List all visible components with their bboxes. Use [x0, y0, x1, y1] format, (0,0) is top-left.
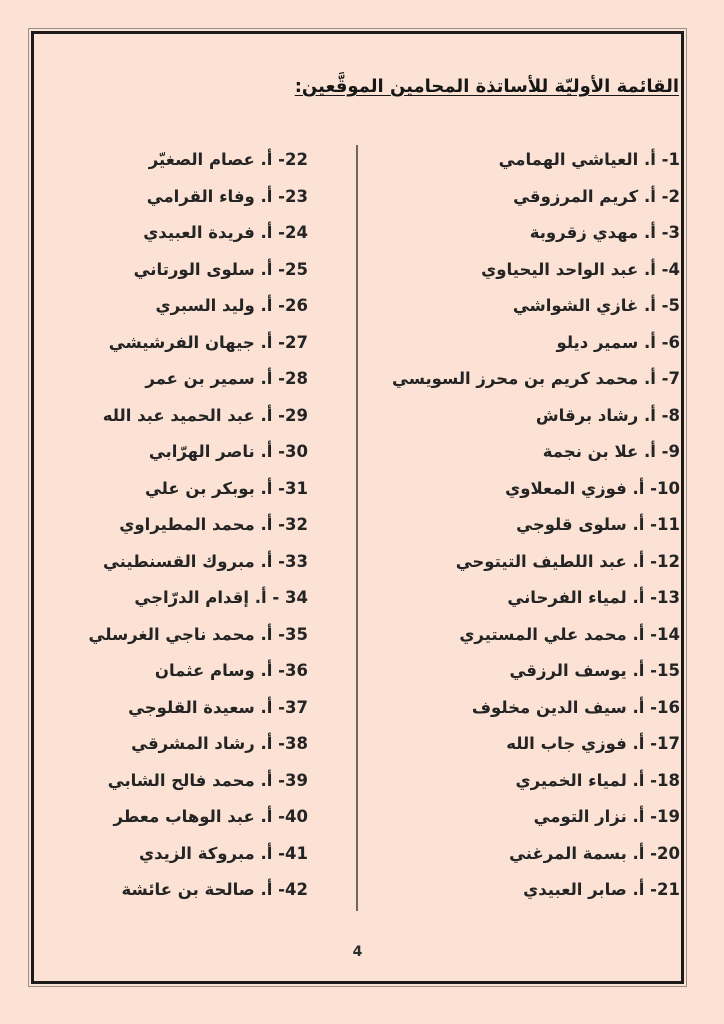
- page-border-frame: القائمة الأوليّة للأساتذة المحامين الموق…: [31, 31, 684, 984]
- lawyer-list-item: 19- أ. نزار التومي: [392, 799, 680, 836]
- lawyer-list-item: 33- أ. مبروك القسنطيني: [89, 544, 308, 581]
- lawyer-list-item: 40- أ. عبد الوهاب معطر: [89, 799, 308, 836]
- lawyer-list-item: 32- أ. محمد المطيراوي: [89, 507, 308, 544]
- lawyer-list-item: 42- أ. صالحة بن عائشة: [89, 872, 308, 909]
- lawyer-list-item: 29- أ. عبد الحميد عبد الله: [89, 398, 308, 435]
- lawyer-list-item: 15- أ. يوسف الرزقي: [392, 653, 680, 690]
- lawyer-list-item: 2- أ. كريم المرزوقي: [392, 179, 680, 216]
- lawyer-list-item: 10- أ. فوزي المعلاوي: [392, 471, 680, 508]
- lawyer-list-item: 21- أ. صابر العبيدي: [392, 872, 680, 909]
- lawyer-list-item: 25- أ. سلوى الورتاني: [89, 252, 308, 289]
- lawyer-list-item: 6- أ. سمير ديلو: [392, 325, 680, 362]
- lawyer-list-item: 4- أ. عبد الواحد اليحياوي: [392, 252, 680, 289]
- lawyer-list-item: 8- أ. رشاد برقاش: [392, 398, 680, 435]
- lawyer-list-item: 20- أ. بسمة المرغني: [392, 836, 680, 873]
- lawyer-list-item: 9- أ. علا بن نجمة: [392, 434, 680, 471]
- lawyer-list-item: 11- أ. سلوى قلوجي: [392, 507, 680, 544]
- lawyer-list-item: 36- أ. وسام عثمان: [89, 653, 308, 690]
- names-list-right: 1- أ. العياشي الهمامي 2- أ. كريم المرزوق…: [392, 142, 680, 909]
- page-number: 4: [34, 944, 681, 960]
- lawyer-list-item: 38- أ. رشاد المشرقي: [89, 726, 308, 763]
- lawyer-list-item: 37- أ. سعيدة القلوجي: [89, 690, 308, 727]
- lawyer-list-item: 24- أ. فريدة العبيدي: [89, 215, 308, 252]
- lawyer-list-item: 14- أ. محمد علي المستيري: [392, 617, 680, 654]
- lawyer-list-item: 17- أ. فوزي جاب الله: [392, 726, 680, 763]
- lawyer-list-item: 3- أ. مهدي زقروبة: [392, 215, 680, 252]
- lawyer-list-item: 41- أ. مبروكة الزيدي: [89, 836, 308, 873]
- lawyer-list-item: 7- أ. محمد كريم بن محرز السويسي: [392, 361, 680, 398]
- names-list-left: 22- أ. عصام الصغيّر 23- أ. وفاء القرامي …: [89, 142, 308, 909]
- lawyer-list-item: 23- أ. وفاء القرامي: [89, 179, 308, 216]
- lawyer-list-item: 5- أ. غازي الشواشي: [392, 288, 680, 325]
- lawyer-list-item: 26- أ. وليد السبري: [89, 288, 308, 325]
- lawyer-list-item: 30- أ. ناصر الهرّابي: [89, 434, 308, 471]
- lawyer-list-item: 27- أ. جيهان الفرشيشي: [89, 325, 308, 362]
- lawyer-list-item: 18- أ. لمياء الخميري: [392, 763, 680, 800]
- lawyer-list-item: 28- أ. سمير بن عمر: [89, 361, 308, 398]
- lawyer-list-item: 31- أ. بوبكر بن علي: [89, 471, 308, 508]
- page-title: القائمة الأوليّة للأساتذة المحامين الموق…: [295, 76, 679, 97]
- lawyer-list-item: 22- أ. عصام الصغيّر: [89, 142, 308, 179]
- lawyer-list-item: 13- أ. لمياء الفرحاني: [392, 580, 680, 617]
- lawyer-list-item: 12- أ. عبد اللطيف التيتوحي: [392, 544, 680, 581]
- column-divider-line: [356, 145, 358, 911]
- lawyer-list-item: 16- أ. سيف الدين مخلوف: [392, 690, 680, 727]
- lawyer-list-item: 39- أ. محمد فالح الشابي: [89, 763, 308, 800]
- lawyer-list-item: 1- أ. العياشي الهمامي: [392, 142, 680, 179]
- lawyer-list-item: 34 - أ. إقدام الدرّاجي: [89, 580, 308, 617]
- lawyer-list-item: 35- أ. محمد ناجي الغرسلي: [89, 617, 308, 654]
